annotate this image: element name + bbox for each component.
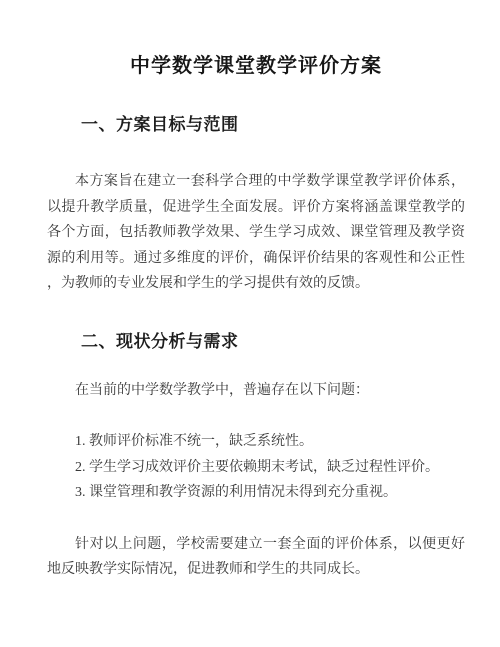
problem-list-item-3: 3. 课堂管理和教学资源的利用情况未得到充分重视。 — [47, 480, 465, 506]
section-heading-2: 二、现状分析与需求 — [47, 330, 465, 354]
section-2-closing-paragraph: 针对以上问题，学校需要建立一套全面的评价体系，以便更好地反映教学实际情况，促进教… — [47, 532, 465, 583]
section-2-intro-paragraph: 在当前的中学数学教学中，普遍存在以下问题： — [47, 378, 465, 404]
section-1-paragraph: 本方案旨在建立一套科学合理的中学数学课堂教学评价体系，以提升教学质量，促进学生全… — [47, 169, 465, 297]
problem-list-item-2: 2. 学生学习成效评价主要依赖期末考试，缺乏过程性评价。 — [47, 455, 465, 481]
problem-list-item-1: 1. 教师评价标准不统一，缺乏系统性。 — [47, 429, 465, 455]
document-page: 中学数学课堂教学评价方案 一、方案目标与范围 本方案旨在建立一套科学合理的中学数… — [0, 0, 500, 647]
problem-list: 1. 教师评价标准不统一，缺乏系统性。 2. 学生学习成效评价主要依赖期末考试，… — [47, 429, 465, 506]
section-heading-1: 一、方案目标与范围 — [47, 113, 465, 137]
document-title: 中学数学课堂教学评价方案 — [47, 52, 465, 80]
